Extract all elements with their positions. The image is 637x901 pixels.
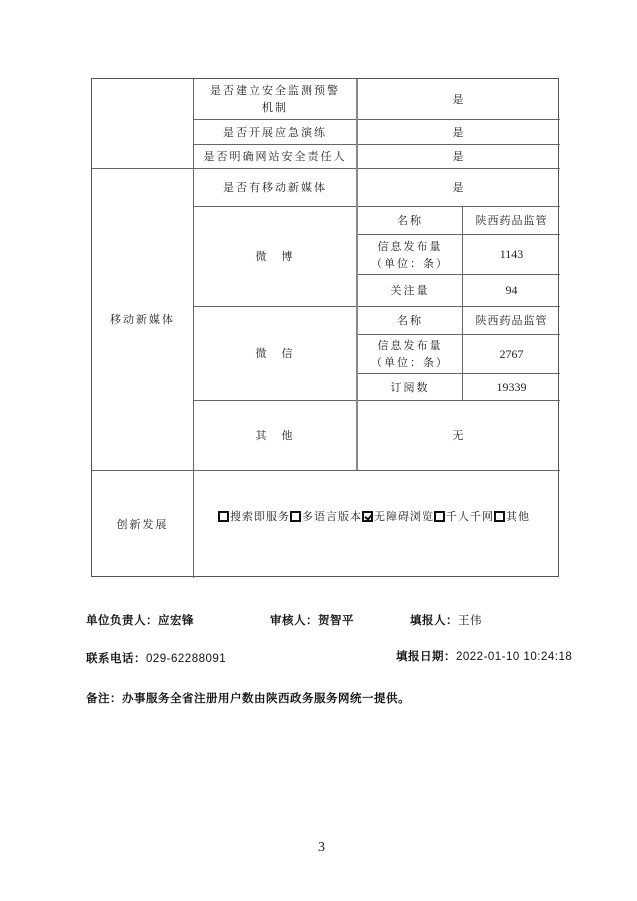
option-label: 搜索即服务 bbox=[230, 508, 290, 525]
weibo-followers-value: 94 bbox=[463, 275, 560, 306]
reviewer: 审核人：贺智平 bbox=[270, 612, 354, 628]
label-text: 是否建立安全监测预警机制 bbox=[205, 82, 345, 116]
date-value: 2022-01-10 10:24:18 bbox=[456, 651, 572, 663]
posts-label-line2: （单位：条） bbox=[371, 354, 449, 371]
security-owner-label: 是否明确网站安全责任人 bbox=[194, 145, 356, 168]
unit-head-label: 单位负责人： bbox=[86, 613, 158, 627]
contact-phone: 联系电话：029-62288091 bbox=[86, 650, 226, 666]
emergency-drill-value: 是 bbox=[358, 120, 560, 144]
filler-label: 填报人： bbox=[410, 613, 458, 627]
innovation-checkbox-group: 搜索即服务 多语言版本 无障碍浏览 千人千网 其他 bbox=[218, 508, 530, 525]
phone-label: 联系电话： bbox=[86, 651, 146, 665]
phone-value: 029-62288091 bbox=[146, 653, 226, 665]
checkbox-other[interactable] bbox=[494, 511, 505, 522]
date-label: 填报日期： bbox=[396, 649, 456, 663]
weixin-subscribers-label: 订阅数 bbox=[358, 374, 462, 400]
other-media-value: 无 bbox=[358, 401, 560, 470]
fill-date: 填报日期：2022-01-10 10:24:18 bbox=[396, 648, 572, 664]
security-monitoring-label: 是否建立安全监测预警机制 bbox=[194, 79, 356, 119]
emergency-drill-label: 是否开展应急演练 bbox=[194, 120, 356, 144]
option-label: 其他 bbox=[506, 508, 530, 525]
posts-label-line2: （单位：条） bbox=[371, 255, 449, 272]
weixin-posts-label: 信息发布量 （单位：条） bbox=[358, 335, 462, 373]
security-monitoring-value: 是 bbox=[358, 79, 560, 119]
report-table: 是否建立安全监测预警机制 是 是否开展应急演练 是 是否明确网站安全责任人 是 … bbox=[91, 78, 559, 577]
other-media-label: 其 他 bbox=[194, 401, 356, 470]
weixin-label: 微 信 bbox=[194, 307, 356, 400]
has-mobile-media-label: 是否有移动新媒体 bbox=[194, 169, 356, 206]
reviewer-value: 贺智平 bbox=[318, 613, 354, 627]
checkbox-accessible-browsing[interactable] bbox=[362, 511, 373, 522]
weibo-name-label: 名称 bbox=[358, 207, 462, 234]
security-owner-value: 是 bbox=[358, 145, 560, 168]
weixin-subscribers-value: 19339 bbox=[463, 374, 560, 400]
note: 备注：办事服务全省注册用户数由陕西政务服务网统一提供。 bbox=[86, 690, 410, 706]
posts-label-line1: 信息发布量 bbox=[378, 337, 443, 354]
checkbox-personalized[interactable] bbox=[434, 511, 445, 522]
weixin-name-value: 陕西药品监管 bbox=[463, 307, 560, 334]
mobile-media-section-label: 移动新媒体 bbox=[92, 169, 193, 470]
filler-value: 王伟 bbox=[458, 613, 482, 627]
reviewer-label: 审核人： bbox=[270, 613, 318, 627]
weibo-followers-label: 关注量 bbox=[358, 275, 462, 306]
weibo-label: 微 博 bbox=[194, 207, 356, 306]
checkbox-search-service[interactable] bbox=[218, 511, 229, 522]
option-label: 多语言版本 bbox=[302, 508, 362, 525]
option-label: 千人千网 bbox=[446, 508, 494, 525]
weixin-name-label: 名称 bbox=[358, 307, 462, 334]
has-mobile-media-value: 是 bbox=[358, 169, 560, 206]
innovation-label: 创新发展 bbox=[92, 471, 193, 577]
posts-label-line1: 信息发布量 bbox=[378, 238, 443, 255]
page-number: 3 bbox=[318, 840, 325, 856]
weibo-posts-value: 1143 bbox=[463, 235, 560, 274]
weixin-posts-value: 2767 bbox=[463, 335, 560, 373]
weibo-posts-label: 信息发布量 （单位：条） bbox=[358, 235, 462, 274]
unit-head-value: 应宏锋 bbox=[158, 613, 194, 627]
filler: 填报人：王伟 bbox=[410, 612, 482, 628]
checkbox-multilingual[interactable] bbox=[290, 511, 301, 522]
option-label: 无障碍浏览 bbox=[374, 508, 434, 525]
innovation-options: 搜索即服务 多语言版本 无障碍浏览 千人千网 其他 bbox=[194, 471, 560, 577]
unit-head: 单位负责人：应宏锋 bbox=[86, 612, 194, 628]
weibo-name-value: 陕西药品监管 bbox=[463, 207, 560, 234]
